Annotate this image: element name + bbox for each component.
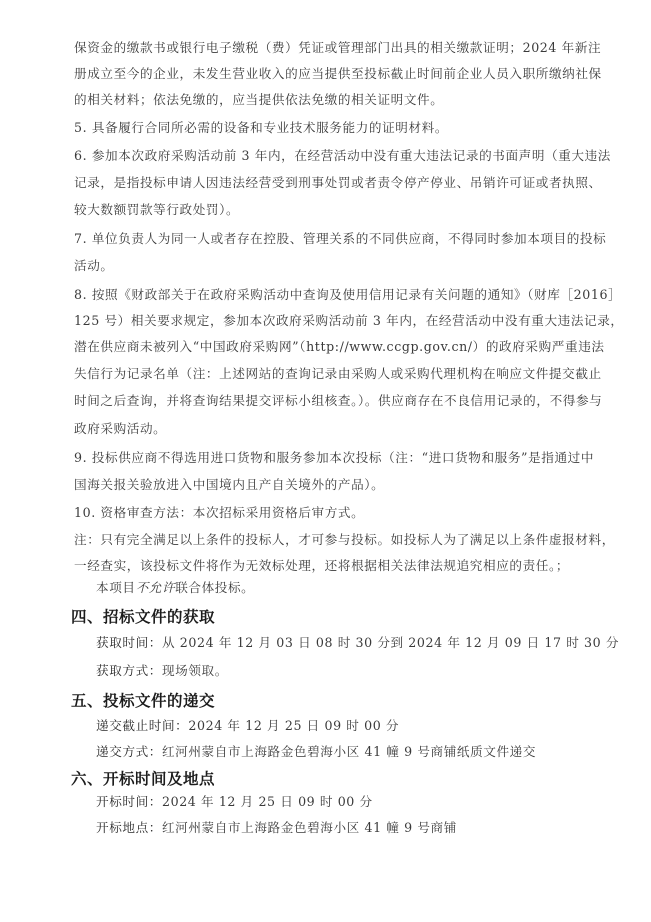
field-label: 获取方式：	[96, 663, 162, 678]
field-submit-method: 递交方式：红河州蒙自市上海路金色碧海小区 41 幢 9 号商铺纸质文件递交	[96, 744, 536, 760]
field-value: 从 2024 年 12 月 03 日 08 时 30 分到 2024 年 12 …	[162, 635, 619, 650]
field-value: 2024 年 12 月 25 日 09 时 00 分	[188, 718, 399, 733]
paragraph-line: 失信行为记录名单（注：上述网站的查询记录由采购人或采购代理机构在响应文件提交截止	[74, 366, 602, 382]
paragraph-line: 保资金的缴款书或银行电子缴税（费）凭证或管理部门出具的相关缴款证明；2024 年…	[74, 40, 601, 56]
field-label: 开标地点：	[96, 820, 162, 835]
field-obtain-time: 获取时间：从 2024 年 12 月 03 日 08 时 30 分到 2024 …	[96, 635, 619, 651]
field-value: 红河州蒙自市上海路金色碧海小区 41 幢 9 号商铺纸质文件递交	[162, 744, 536, 759]
field-submit-deadline: 递交截止时间：2024 年 12 月 25 日 09 时 00 分	[96, 718, 399, 734]
paragraph-line: 较大数额罚款等行政处罚）。	[74, 202, 239, 218]
paragraph-line: 活动。	[74, 258, 114, 274]
requirement-5: 5. 具备履行合同所必需的设备和专业技术服务能力的证明材料。	[74, 120, 448, 136]
note-line: 一经查实，该投标文件将作为无效标处理，还将根据相关法律法规追究相应的责任。；	[74, 558, 569, 574]
paragraph-line: 的相关材料；依法免缴的，应当提供依法免缴的相关证明文件。	[74, 92, 443, 108]
section-heading-5: 五、投标文件的递交	[71, 689, 215, 711]
paragraph-line: 政府采购活动。	[74, 421, 166, 437]
paragraph-line: 记录，是指投标申请人因违法经营受到刑事处罚或者责令停产停业、吊销许可证或者执照、	[74, 175, 602, 191]
requirement-9: 9. 投标供应商不得选用进口货物和服务参加本次投标（注：“进口货物和服务”是指通…	[74, 450, 594, 466]
consortium-emphasis: 不允许	[136, 580, 176, 595]
paragraph-line: 国海关报关验放进入中国境内且产自关境外的产品）。	[74, 477, 384, 493]
field-opening-location: 开标地点：红河州蒙自市上海路金色碧海小区 41 幢 9 号商铺	[96, 820, 457, 836]
field-label: 开标时间：	[96, 794, 162, 809]
field-obtain-method: 获取方式：现场领取。	[96, 663, 228, 679]
requirement-8: 8. 按照《财政部关于在政府采购活动中查询及使用信用记录有关问题的通知》（财库［…	[74, 287, 621, 303]
section-heading-4: 四、招标文件的获取	[71, 605, 215, 627]
note-line: 注：只有完全满足以上条件的投标人，才可参与投标。如投标人为了满足以上条件虚报材料…	[74, 532, 615, 548]
paragraph-line: 时间之后查询，并将查询结果提交评标小组核查。）。供应商存在不良信用记录的，不得参…	[74, 393, 602, 409]
field-label: 获取时间：	[96, 635, 162, 650]
requirement-7: 7. 单位负责人为同一人或者存在控股、管理关系的不同供应商，不得同时参加本项目的…	[74, 231, 606, 247]
consortium-statement: 本项目不允许联合体投标。	[96, 580, 254, 596]
consortium-prefix: 本项目	[96, 580, 136, 595]
field-label: 递交方式：	[96, 744, 162, 759]
section-heading-6: 六、开标时间及地点	[71, 767, 215, 789]
field-value: 红河州蒙自市上海路金色碧海小区 41 幢 9 号商铺	[162, 820, 457, 835]
field-label: 递交截止时间：	[96, 718, 188, 733]
consortium-suffix: 联合体投标。	[175, 580, 254, 595]
field-opening-time: 开标时间：2024 年 12 月 25 日 09 时 00 分	[96, 794, 373, 810]
paragraph-line: 125 号）相关要求规定，参加本次政府采购活动前 3 年内，在经营活动中没有重大…	[74, 313, 624, 329]
field-value: 2024 年 12 月 25 日 09 时 00 分	[162, 794, 373, 809]
paragraph-line: 册成立至今的企业，未发生营业收入的应当提供至投标截止时间前企业人员入职所缴纳社保	[74, 66, 602, 82]
requirement-10: 10. 资格审查方法：本次招标采用资格后审方式。	[74, 505, 364, 521]
field-value: 现场领取。	[162, 663, 228, 678]
paragraph-line: 潜在供应商未被列入“中国政府采购网”（http://www.ccgp.gov.c…	[74, 339, 605, 355]
requirement-6: 6. 参加本次政府采购活动前 3 年内，在经营活动中没有重大违法记录的书面声明（…	[74, 148, 611, 164]
